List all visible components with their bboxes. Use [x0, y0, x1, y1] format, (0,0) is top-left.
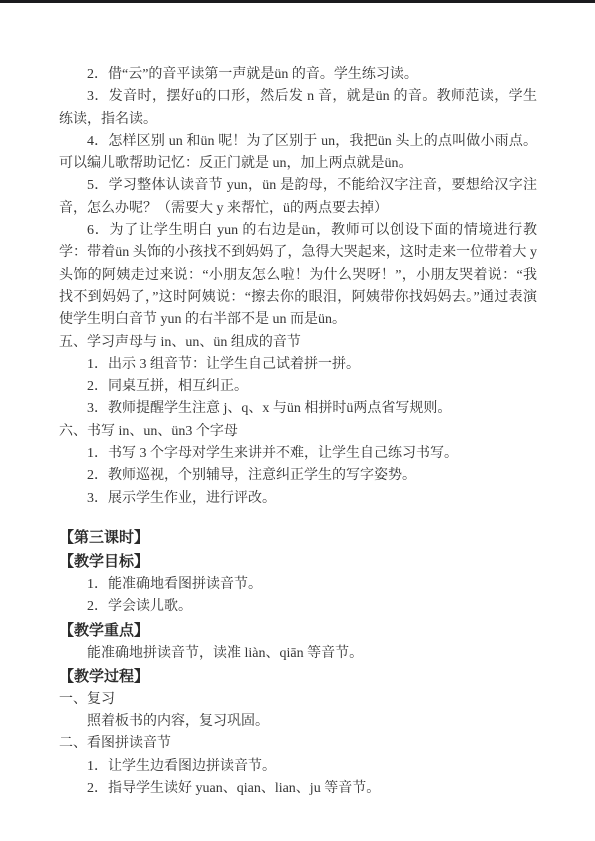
bracket-heading: 【教学重点】 [59, 619, 537, 643]
list-item: 3．展示学生作业，进行评改。 [59, 488, 537, 510]
paragraph: 2．借“云”的音平读第一声就是ün 的音。学生练习读。 [59, 64, 537, 86]
paragraph: 能准确地拼读音节，读准 liàn、qiān 等音节。 [59, 643, 537, 665]
list-item: 2．指导学生读好 yuan、qian、lian、ju 等音节。 [59, 778, 537, 800]
list-item: 2．学会读儿歌。 [59, 596, 537, 618]
paragraph: 5．学习整体认读音节 yun，ün 是韵母，不能给汉字注音，要想给汉字注音，怎么… [59, 175, 537, 220]
list-item: 2．教师巡视，个别辅导，注意纠正学生的写字姿势。 [59, 465, 537, 487]
section-heading: 六、书写 in、un、ün3 个字母 [59, 421, 537, 443]
lesson-heading: 【第三课时】 [59, 526, 537, 550]
list-item: 2．同桌互拼，相互纠正。 [59, 376, 537, 398]
list-item: 1．能准确地看图拼读音节。 [59, 574, 537, 596]
bracket-heading: 【教学过程】 [59, 665, 537, 689]
section-heading: 五、学习声母与 in、un、ün 组成的音节 [59, 332, 537, 354]
list-item: 1．书写 3 个字母对学生来讲并不难，让学生自己练习书写。 [59, 443, 537, 465]
page-top-border [0, 0, 595, 3]
list-item: 1．出示 3 组音节：让学生自己试着拼一拼。 [59, 354, 537, 376]
paragraph: 6．为了让学生明白 yun 的右边是ün，教师可以创设下面的情境进行教学：带着ü… [59, 220, 537, 331]
paragraph: 照着板书的内容，复习巩固。 [59, 711, 537, 733]
bracket-heading: 【教学目标】 [59, 550, 537, 574]
document-body: 2．借“云”的音平读第一声就是ün 的音。学生练习读。 3．发音时，摆好ü的口形… [59, 64, 537, 800]
paragraph: 4．怎样区别 un 和ün 呢！为了区别于 un，我把ün 头上的点叫做小雨点。… [59, 131, 537, 176]
list-item: 3．教师提醒学生注意 j、q、x 与ün 相拼时ü两点省写规则。 [59, 398, 537, 420]
paragraph: 3．发音时，摆好ü的口形，然后发 n 音，就是ün 的音。教师范读，学生练读，指… [59, 86, 537, 131]
list-item: 1．让学生边看图边拼读音节。 [59, 756, 537, 778]
section-heading: 二、看图拼读音节 [59, 733, 537, 755]
section-heading: 一、复习 [59, 689, 537, 711]
